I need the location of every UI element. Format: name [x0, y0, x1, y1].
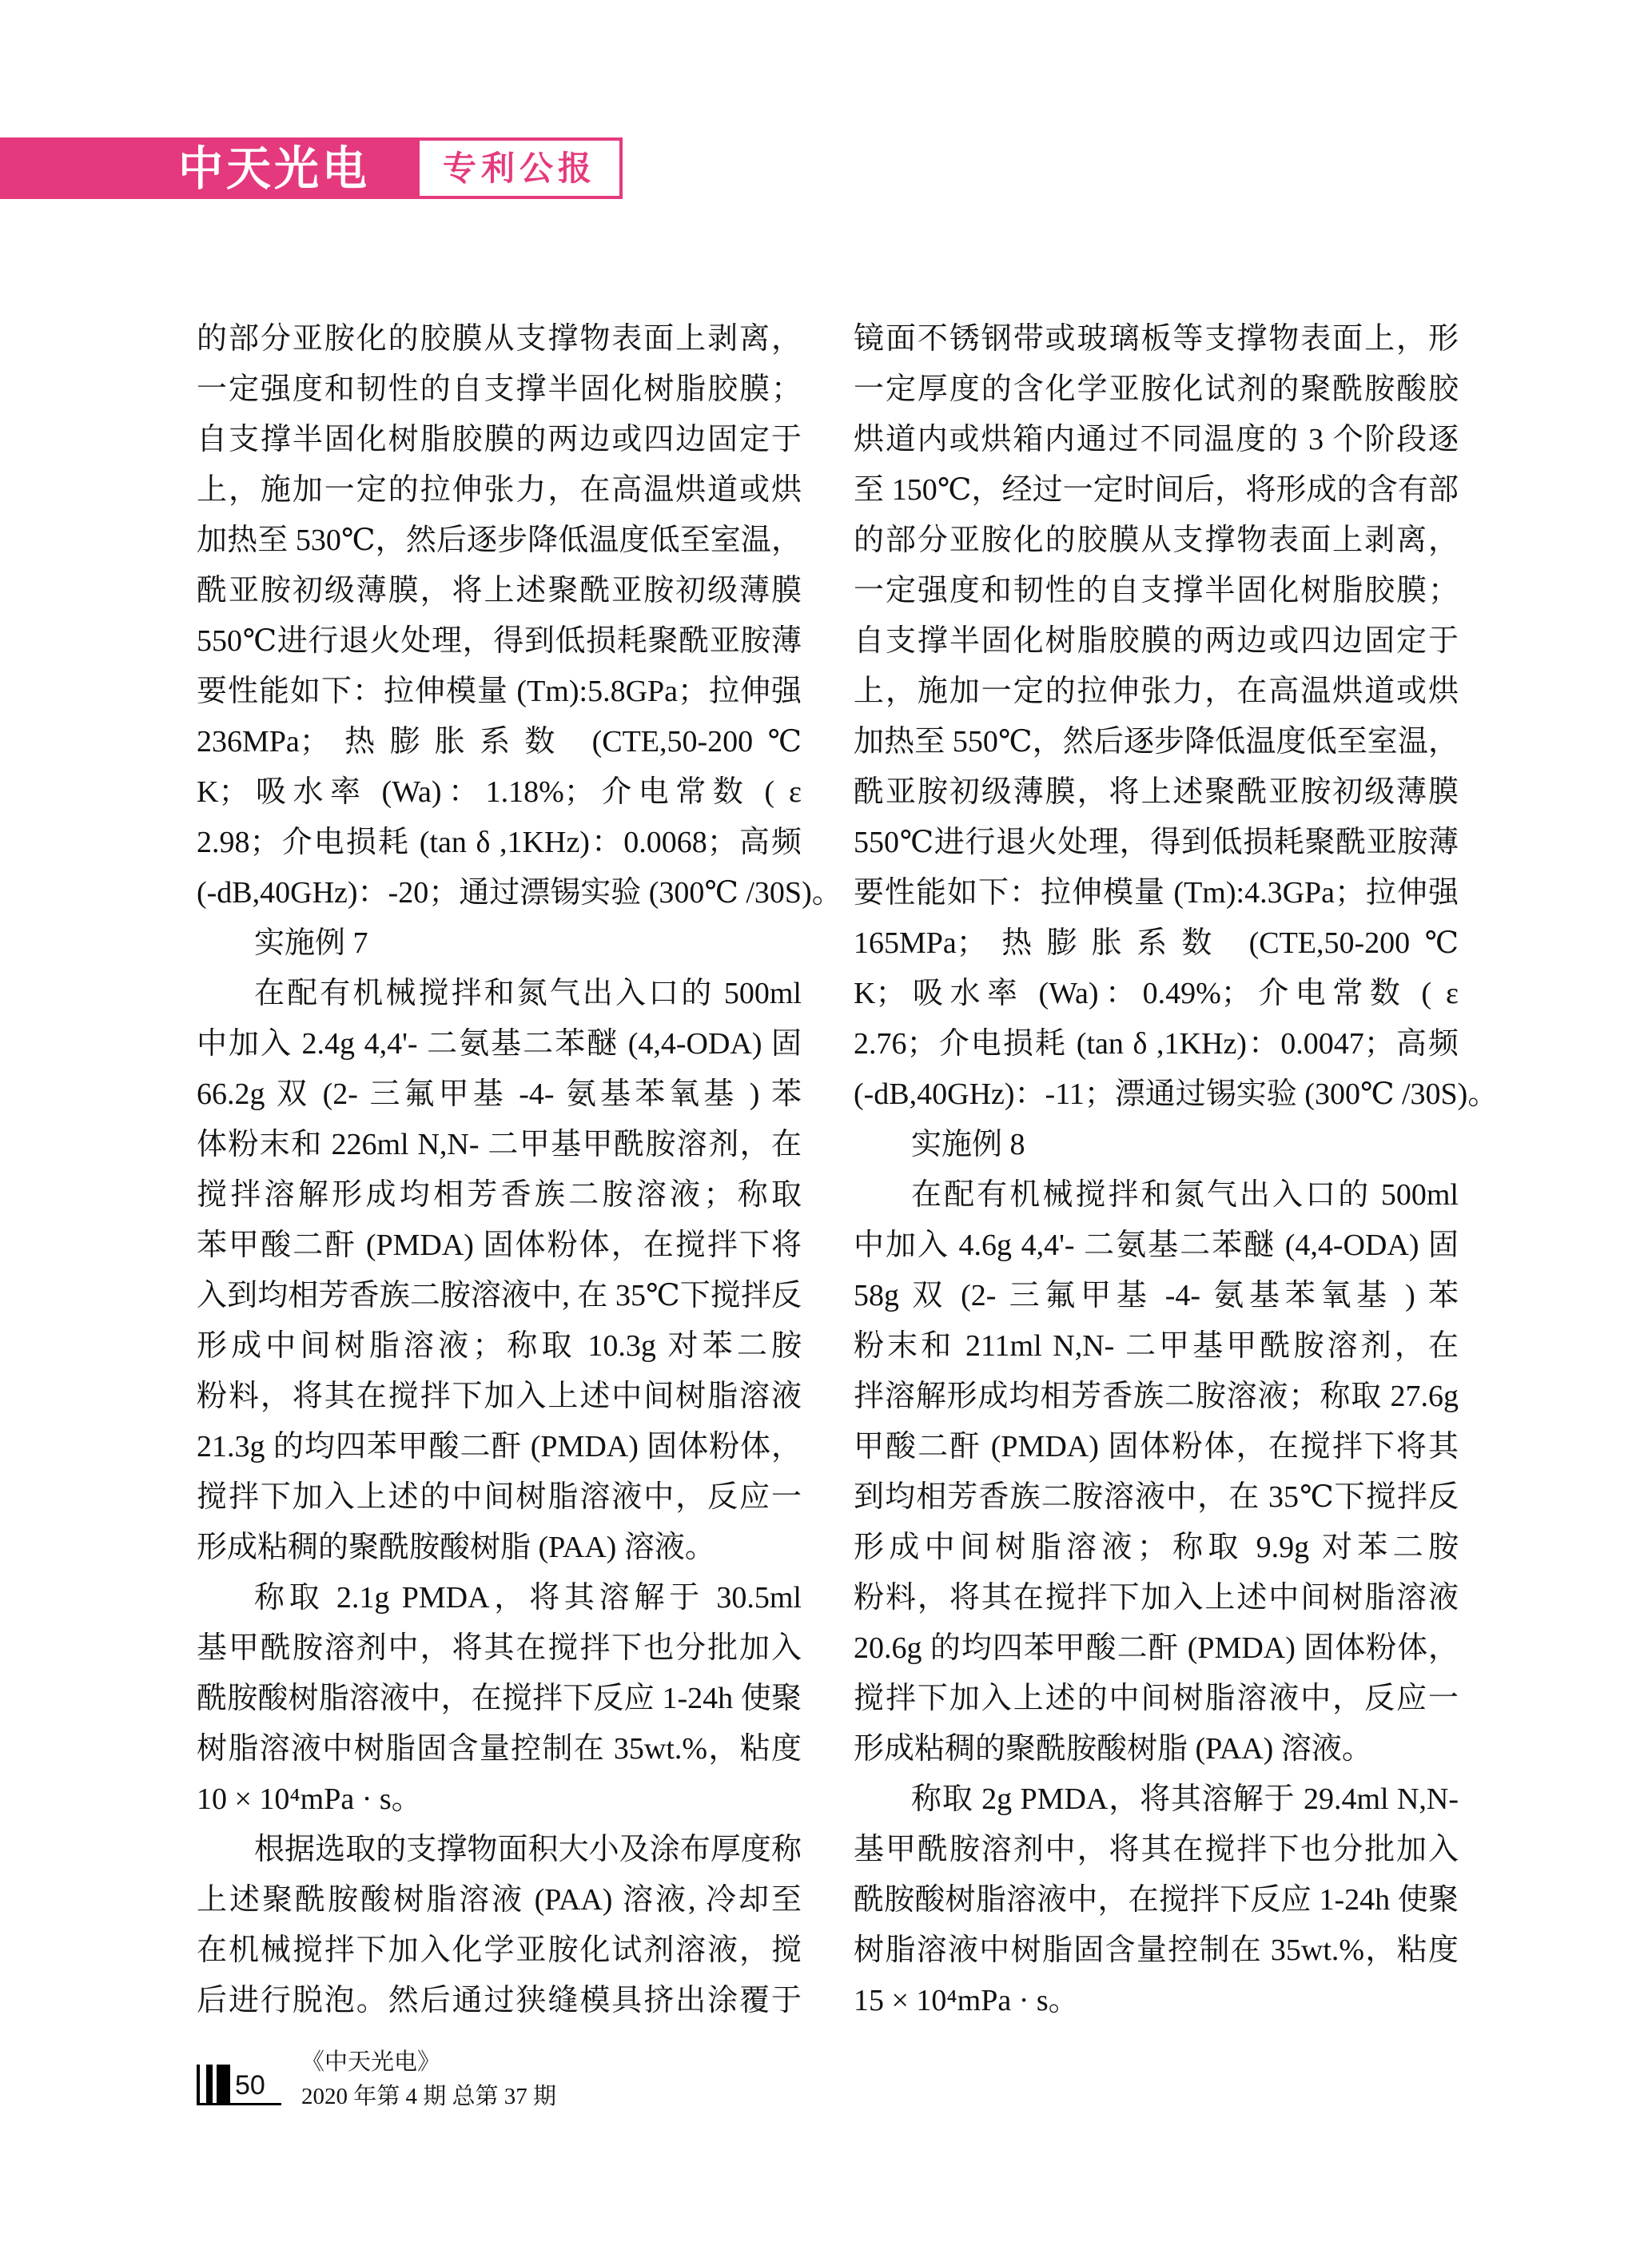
- text-line: 上，施加一定的拉伸张力，在高温烘道或烘箱内分步: [197, 465, 802, 516]
- text-line: 550℃进行退火处理，得到低损耗聚酰亚胺薄膜，其主: [197, 616, 802, 667]
- page-bars-icon: [197, 2065, 230, 2105]
- text-line: 后进行脱泡。然后通过狭缝模具挤出涂覆于无缝连续: [197, 1976, 802, 2026]
- text-line: 要性能如下：拉伸模量 (Tm):5.8GPa；拉伸强度 (Ts)：: [197, 667, 802, 717]
- text-line: 拌溶解形成均相芳香族二胺溶液；称取 27.6g 均四苯: [854, 1372, 1459, 1422]
- text-line: 实施例 8: [854, 1120, 1459, 1170]
- text-line: 苯甲酸二酐 (PMDA) 固体粉体，在搅拌下将其分批加: [197, 1221, 802, 1271]
- text-line: 基甲酰胺溶剂中，将其在搅拌下也分批加入上述的聚: [854, 1825, 1459, 1875]
- text-line: 15 × 10⁴mPa · s。: [854, 1976, 1459, 2026]
- text-line: 的部分亚胺化的胶膜从支撑物表面上剥离，得到具有: [197, 314, 802, 364]
- text-line: 到均相芳香族二胺溶液中，在 35℃下搅拌反应 1-24h: [854, 1472, 1459, 1523]
- text-line: 至 150℃，经过一定时间后，将形成的含有部分溶剂: [854, 465, 1459, 516]
- text-line: (-dB,40GHz)：-20；通过漂锡实验 (300℃ /30S)。: [197, 868, 802, 918]
- header-banner: 中天光电 专利公报: [0, 137, 623, 199]
- text-line: 酰亚胺初级薄膜，将上述聚酰亚胺初级薄膜在 300℃ -: [197, 566, 802, 616]
- text-line: 酰胺酸树脂溶液中，在搅拌下反应 1-24h 使聚酰胺酸: [197, 1674, 802, 1724]
- text-line: 550℃进行退火处理，得到低损耗聚酰亚胺薄膜，其主: [854, 818, 1459, 868]
- footer-rule: [197, 2103, 281, 2105]
- text-line: 21.3g 的均四苯甲酸二酐 (PMDA) 固体粉体，将其在: [197, 1422, 802, 1472]
- text-line: 形成中间树脂溶液；称取 9.9g 对苯二胺 (PDA) 固体: [854, 1523, 1459, 1573]
- text-line: 20.6g 的均四苯甲酸二酐 (PMDA) 固体粉体，将其在: [854, 1623, 1459, 1674]
- gazette-badge-label: 专利公报: [443, 152, 596, 185]
- text-line: 自支撑半固化树脂胶膜的两边或四边固定于固定框架: [854, 616, 1459, 667]
- text-line: 烘道内或烘箱内通过不同温度的 3 个阶段逐步加热: [854, 415, 1459, 465]
- text-line: 形成粘稠的聚酰胺酸树脂 (PAA) 溶液。: [854, 1724, 1459, 1774]
- text-line: 自支撑半固化树脂胶膜的两边或四边固定于固定框架: [197, 415, 802, 465]
- text-line: 中加入 4.6g 4,4'- 二氨基二苯醚 (4,4-ODA) 固体粉末、: [854, 1221, 1459, 1271]
- text-line: K；吸水率 (Wa)：1.18%；介电常数 ( ε ,1KHz)：: [197, 767, 802, 818]
- text-line: 加热至 550℃，然后逐步降低温度低至室温，得到聚: [854, 717, 1459, 767]
- gazette-badge: 专利公报: [416, 137, 623, 199]
- text-line: 58g 双 (2- 三氟甲基 -4- 氨基苯氧基 ) 苯 (6FAPB) 固体: [854, 1271, 1459, 1321]
- text-line: 一定强度和韧性的自支撑半固化树脂胶膜；将上述的: [197, 364, 802, 415]
- text-line: 中加入 2.4g 4,4'- 二氨基二苯醚 (4,4-ODA) 固体粉末、: [197, 1019, 802, 1069]
- text-line: 基甲酰胺溶剂中，将其在搅拌下也分批加入上述的聚: [197, 1623, 802, 1674]
- text-line: 10 × 10⁴mPa · s。: [197, 1774, 802, 1825]
- text-line: 一定厚度的含化学亚胺化试剂的聚酰胺酸胶膜；在: [854, 364, 1459, 415]
- issue-info: 2020 年第 4 期 总第 37 期: [301, 2083, 556, 2110]
- text-line: 搅拌下加入上述的中间树脂溶液中，反应一定时间后: [854, 1674, 1459, 1724]
- text-line: 粉末和 211ml N,N- 二甲基甲酰胺溶剂，在 35℃下搅: [854, 1321, 1459, 1372]
- text-line: 体粉末和 226ml N,N- 二甲基甲酰胺溶剂，在 35℃下: [197, 1120, 802, 1170]
- text-line: (-dB,40GHz)：-11；漂通过锡实验 (300℃ /30S)。: [854, 1069, 1459, 1120]
- text-line: 在配有机械搅拌和氮气出入口的 500ml 圆底烧瓶: [197, 969, 802, 1019]
- text-line: 在配有机械搅拌和氮气出入口的 500ml 圆底烧瓶: [854, 1170, 1459, 1221]
- banner-pink-block: 中天光电: [0, 137, 416, 199]
- text-line: 入到均相芳香族二胺溶液中, 在 35℃下搅拌反应 1-24h: [197, 1271, 802, 1321]
- text-line: 甲酸二酐 (PMDA) 固体粉体，在搅拌下将其分批加入: [854, 1422, 1459, 1472]
- text-line: 称取 2g PMDA，将其溶解于 29.4ml N,N- 二甲: [854, 1774, 1459, 1825]
- text-line: K；吸水率 (Wa)：0.49%；介电常数 ( ε ,1KHz)：: [854, 969, 1459, 1019]
- text-line: 树脂溶液中树脂固含量控制在 35wt.%，粘度控制在: [197, 1724, 802, 1774]
- journal-name: 《中天光电》: [301, 2049, 440, 2076]
- text-line: 上述聚酰胺酸树脂溶液 (PAA) 溶液, 冷却至 -5℃ ~5℃,: [197, 1875, 802, 1925]
- left-column: 的部分亚胺化的胶膜从支撑物表面上剥离，得到具有一定强度和韧性的自支撑半固化树脂胶…: [197, 314, 802, 2026]
- text-line: 酰胺酸树脂溶液中，在搅拌下反应 1-24h 使聚酰胺酸: [854, 1875, 1459, 1925]
- text-line: 要性能如下：拉伸模量 (Tm):4.3GPa；拉伸强度 (Ts)：: [854, 868, 1459, 918]
- text-line: 形成中间树脂溶液；称取 10.3g 对苯二胺 (PDA) 固体: [197, 1321, 802, 1372]
- text-line: 搅拌下加入上述的中间树脂溶液中，反应一定时间后: [197, 1472, 802, 1523]
- text-line: 2.76；介电损耗 (tan δ ,1KHz)：0.0047；高频传输损耗: [854, 1019, 1459, 1069]
- text-line: 粉料，将其在搅拌下加入上述中间树脂溶液中；称取: [197, 1372, 802, 1422]
- page-number: 50: [235, 2069, 265, 2101]
- text-line: 的部分亚胺化的胶膜从支撑物表面上剥离，得到具有: [854, 516, 1459, 566]
- text-line: 实施例 7: [197, 918, 802, 969]
- gazette-page: 中天光电 专利公报 的部分亚胺化的胶膜从支撑物表面上剥离，得到具有一定强度和韧性…: [0, 0, 1652, 2242]
- text-line: 66.2g 双 (2- 三氟甲基 -4- 氨基苯氧基 ) 苯 (6FAPB) 固: [197, 1069, 802, 1120]
- text-line: 一定强度和韧性的自支撑半固化树脂胶膜；将上述的: [854, 566, 1459, 616]
- text-line: 在机械搅拌下加入化学亚胺化试剂溶液，搅拌均匀: [197, 1925, 802, 1976]
- text-line: 镜面不锈钢带或玻璃板等支撑物表面上，形成具有: [854, 314, 1459, 364]
- text-line: 165MPa；热膨胀系数 (CTE,50-200℃ ,TMA):18.2ppm/: [854, 918, 1459, 969]
- brand-logo: 中天光电: [178, 145, 370, 192]
- text-line: 酰亚胺初级薄膜，将上述聚酰亚胺初级薄膜在 300℃ -: [854, 767, 1459, 818]
- text-line: 粉料，将其在搅拌下加入上述中间树脂溶液中；称取: [854, 1573, 1459, 1623]
- text-line: 236MPa；热膨胀系数 (CTE,50-200℃ ,TMA):8.3ppm/: [197, 717, 802, 767]
- text-line: 称取 2.1g PMDA，将其溶解于 30.5ml N,N- 二甲: [197, 1573, 802, 1623]
- text-line: 形成粘稠的聚酰胺酸树脂 (PAA) 溶液。: [197, 1523, 802, 1573]
- text-line: 加热至 530℃，然后逐步降低温度低至室温，得到聚: [197, 516, 802, 566]
- text-line: 树脂溶液中树脂固含量控制在 35wt.%，粘度控制在: [854, 1925, 1459, 1976]
- text-line: 根据选取的支撑物面积大小及涂布厚度称取足量: [197, 1825, 802, 1875]
- text-line: 2.98；介电损耗 (tan δ ,1KHz)：0.0068；高频传输损耗: [197, 818, 802, 868]
- text-line: 搅拌溶解形成均相芳香族二胺溶液；称取 28.6g 均四: [197, 1170, 802, 1221]
- right-column: 镜面不锈钢带或玻璃板等支撑物表面上，形成具有一定厚度的含化学亚胺化试剂的聚酰胺酸…: [854, 314, 1459, 2026]
- text-line: 上，施加一定的拉伸张力，在高温烘道或烘箱内分步: [854, 667, 1459, 717]
